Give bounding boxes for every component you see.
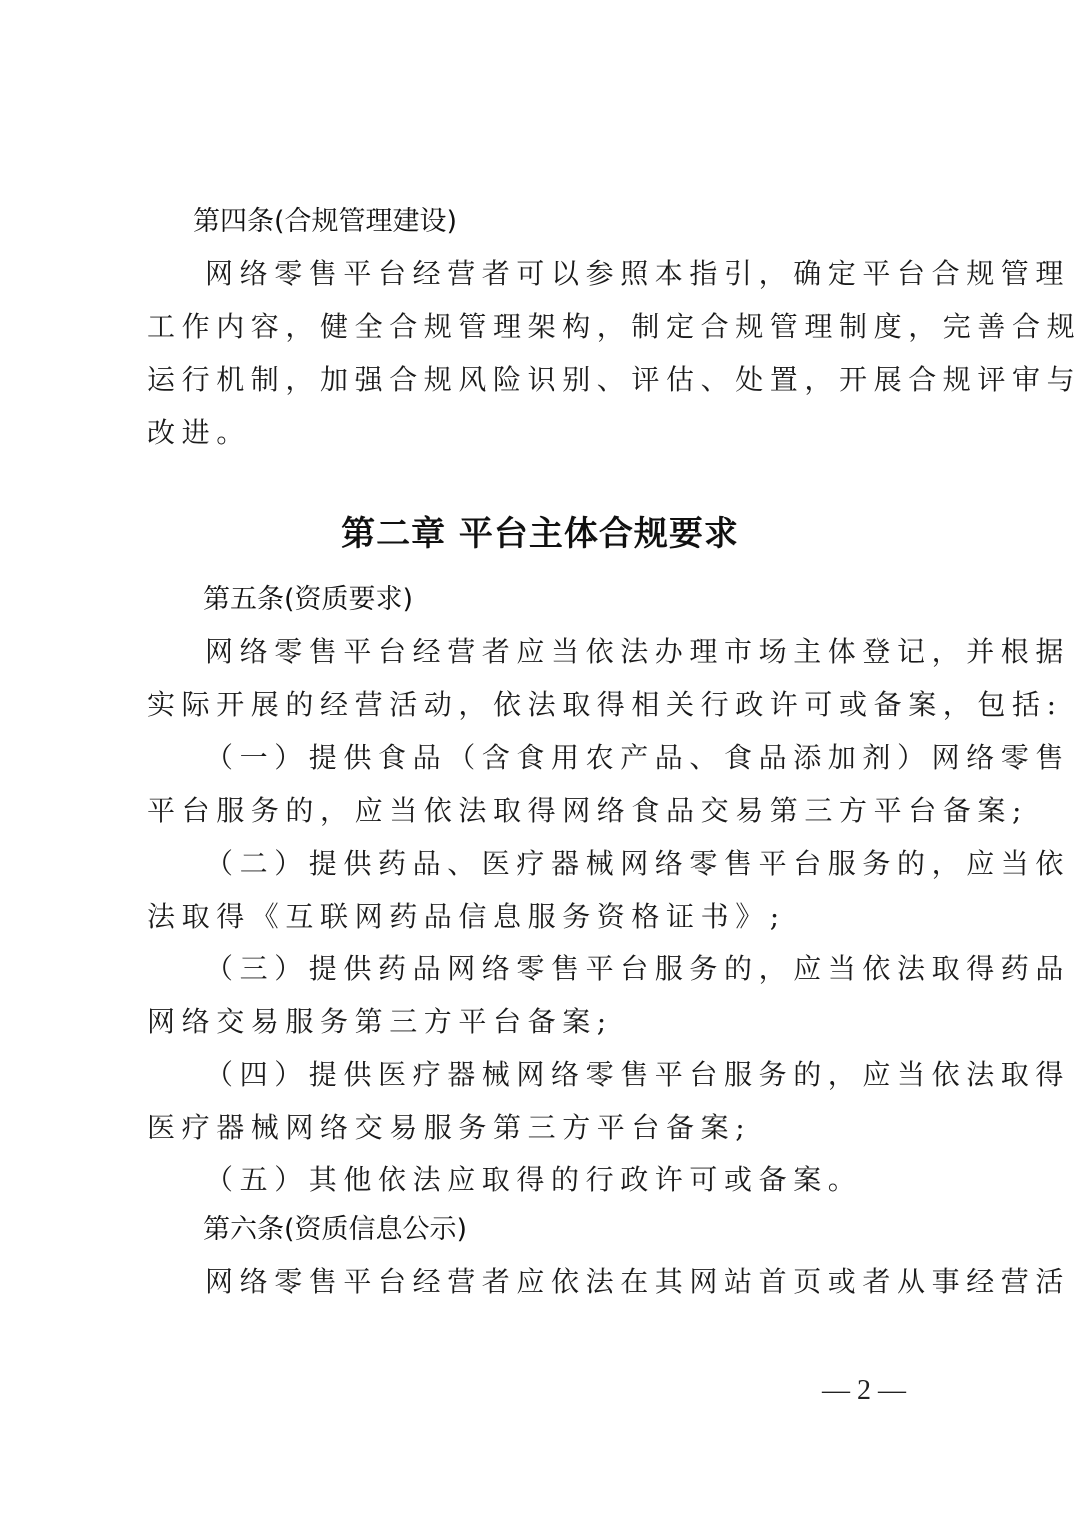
article-5-item-2-line: （二）提供药品、医疗器械网络零售平台服务的，应当依 [205, 846, 1005, 882]
article-4-paragraph-line: 改进。 [147, 415, 947, 451]
article-5-item-5-line: （五）其他依法应取得的行政许可或备案。 [205, 1162, 1005, 1198]
article-5-paragraph-line: 实际开展的经营活动，依法取得相关行政许可或备案，包括: [147, 687, 947, 723]
article-4-paragraph-line: 网络零售平台经营者可以参照本指引，确定平台合规管理 [205, 256, 1005, 292]
page-number: — 2 — [822, 1374, 906, 1408]
article-5-item-4-line: 医疗器械网络交易服务第三方平台备案; [147, 1110, 947, 1146]
article-4-heading: 第四条(合规管理建设) [193, 204, 993, 240]
article-5-item-3-line: 网络交易服务第三方平台备案; [147, 1004, 947, 1040]
article-4-paragraph-line: 工作内容，健全合规管理架构，制定合规管理制度，完善合规 [147, 309, 947, 345]
article-6-heading: 第六条(资质信息公示) [203, 1212, 1003, 1248]
article-5-item-4-line: （四）提供医疗器械网络零售平台服务的，应当依法取得 [205, 1057, 1005, 1093]
article-4-paragraph-line: 运行机制，加强合规风险识别、评估、处置，开展合规评审与 [147, 362, 947, 398]
chapter-title: 第二章 平台主体合规要求 [0, 512, 1080, 556]
article-5-heading: 第五条(资质要求) [203, 582, 1003, 618]
article-5-paragraph-line: 网络零售平台经营者应当依法办理市场主体登记，并根据 [205, 634, 1005, 670]
article-5-item-1-line: （一）提供食品（含食用农产品、食品添加剂）网络零售 [205, 740, 1005, 776]
article-5-item-2-line: 法取得《互联网药品信息服务资格证书》; [147, 899, 947, 935]
article-6-paragraph-line: 网络零售平台经营者应依法在其网站首页或者从事经营活 [205, 1264, 1005, 1300]
article-5-item-3-line: （三）提供药品网络零售平台服务的，应当依法取得药品 [205, 951, 1005, 987]
document-page: 第四条(合规管理建设) 网络零售平台经营者可以参照本指引，确定平台合规管理 工作… [0, 0, 1080, 1527]
article-5-item-1-line: 平台服务的，应当依法取得网络食品交易第三方平台备案; [147, 793, 947, 829]
